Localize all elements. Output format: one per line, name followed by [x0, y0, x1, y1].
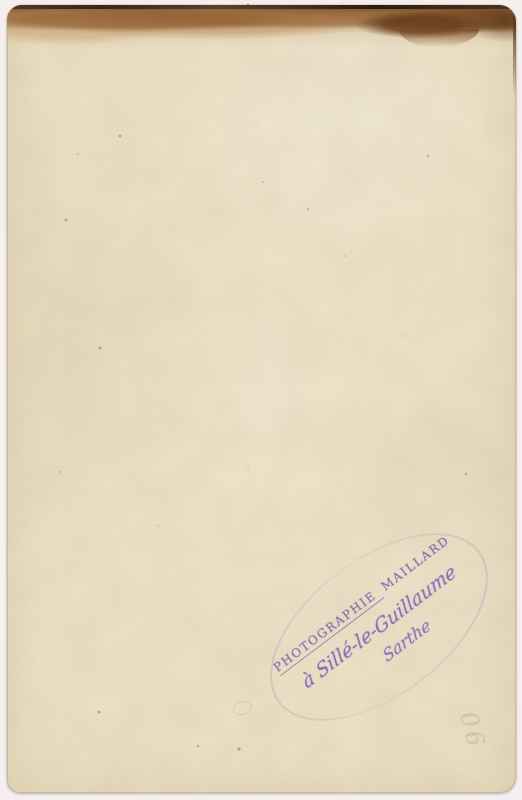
photo-card-back: PHOTOGRAPHIEMAILLARD à Sillé-le-Guillaum… [7, 5, 516, 793]
scanner-dust-specks [0, 0, 2, 2]
photo-scan-background: { "card_back": { "description_label": "c… [0, 0, 522, 800]
pencil-inscription: 06 [454, 709, 491, 753]
faint-ring-stain [232, 699, 254, 717]
right-edge-stain [513, 15, 516, 97]
card-top-edge-line [7, 5, 516, 9]
top-right-corner-stain [452, 10, 516, 46]
